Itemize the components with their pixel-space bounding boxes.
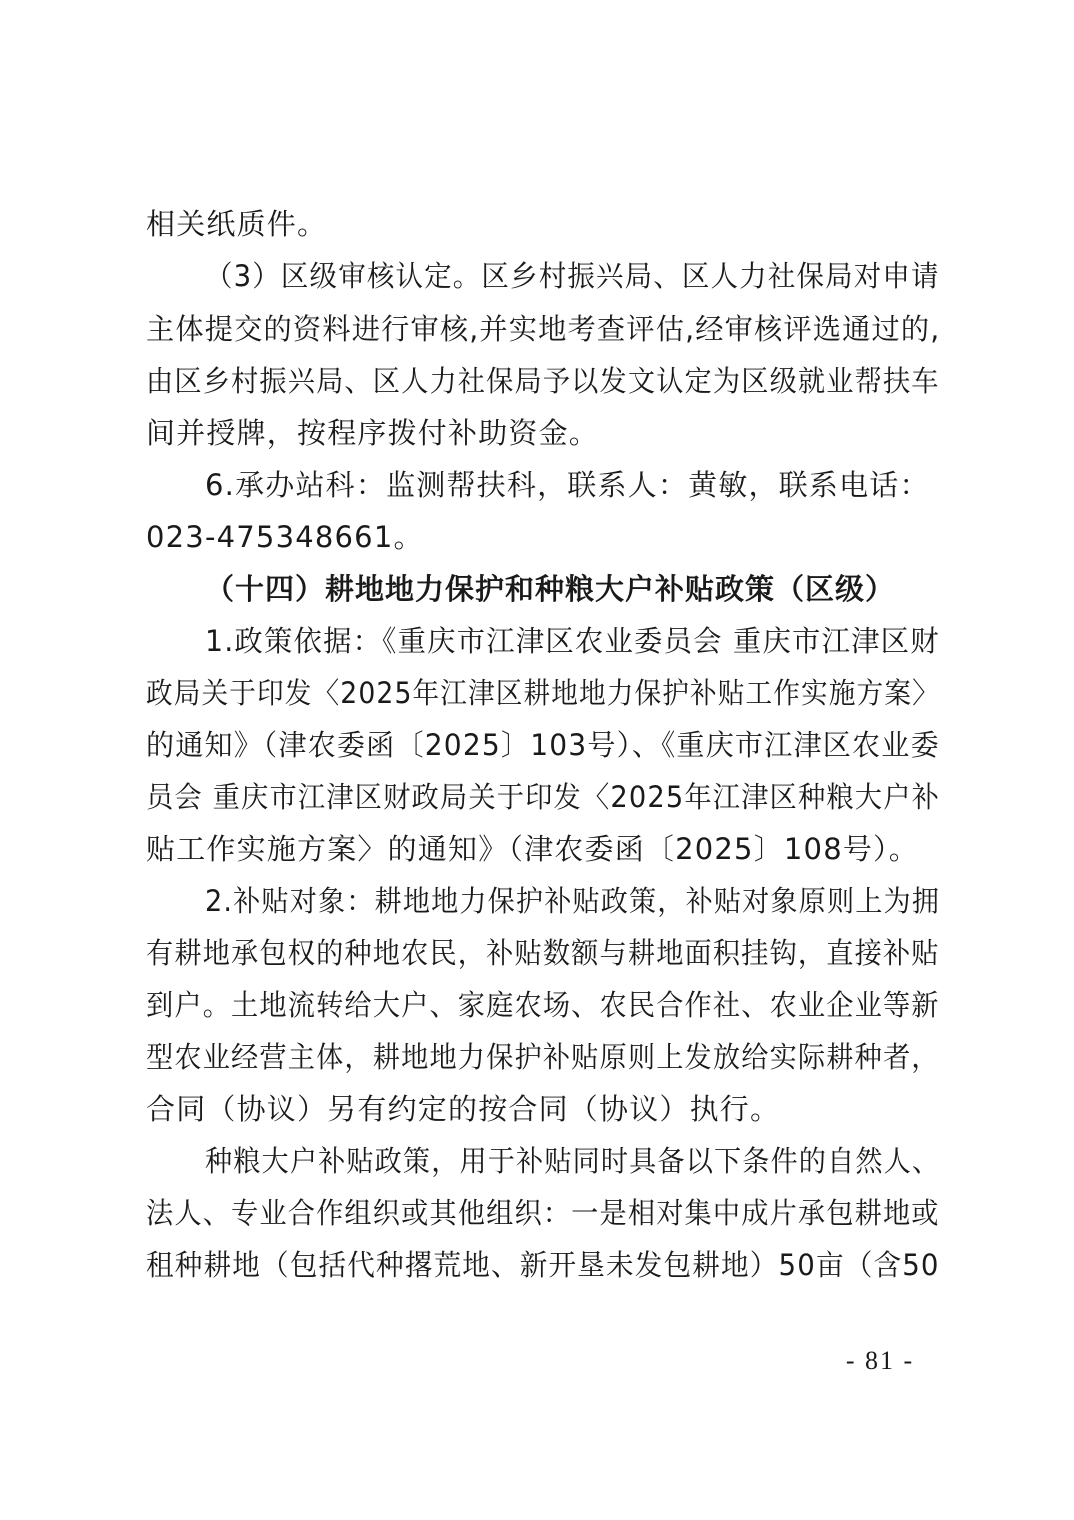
section-heading: （十四）耕地地力保护和种粮大户补贴政策（区级） — [205, 571, 940, 607]
text-line: 员会 重庆市江津区财政局关于印发〈2025年江津区种粮大户补 — [146, 779, 893, 815]
text-line: 法人、专业合作组织或其他组织：一是相对集中成片承包耕地或 — [146, 1195, 891, 1231]
text-line: 合同（协议）另有约定的按合同（协议）执行。 — [146, 1091, 940, 1127]
text-line: 的通知》（津农委函〔2025〕103号）、《重庆市江津区农业委 — [146, 727, 916, 763]
text-line: 主体提交的资料进行审核,并实地考查评估,经审核评选通过的, — [146, 311, 919, 347]
text-line: 相关纸质件。 — [146, 206, 940, 242]
text-line: 到户。土地流转给大户、家庭农场、农民合作社、农业企业等新 — [146, 987, 891, 1023]
text-line: 型农业经营主体，耕地地力保护补贴原则上发放给实际耕种者， — [146, 1039, 891, 1075]
text-line: 023-475348661。 — [146, 519, 940, 555]
text-line: 种粮大户补贴政策，用于补贴同时具备以下条件的自然人、 — [205, 1143, 893, 1179]
text-line: 政局关于印发〈2025年江津区耕地地力保护补贴工作实施方案〉 — [146, 675, 876, 711]
page-number: - 81 - — [830, 1346, 930, 1376]
text-line: 租种耕地（包括代种撂荒地、新开垦未发包耕地）50亩（含50 — [146, 1247, 902, 1283]
text-line: 由区乡村振兴局、区人力社保局予以发文认定为区级就业帮扶车 — [146, 363, 891, 399]
text-line: （3）区级审核认定。区乡村振兴局、区人力社保局对申请 — [205, 258, 902, 294]
text-line: 有耕地承包权的种地农民，补贴数额与耕地面积挂钩，直接补贴 — [146, 935, 891, 971]
text-line: 贴工作实施方案〉的通知》（津农委函〔2025〕108号）。 — [146, 831, 940, 867]
text-line: 1.政策依据：《重庆市江津区农业委员会 重庆市江津区财 — [205, 623, 924, 659]
text-line: 2.补贴对象：耕地地力保护补贴政策，补贴对象原则上为拥 — [205, 883, 893, 919]
text-line: 6.承办站科：监测帮扶科，联系人：黄敏，联系电话： — [205, 467, 940, 503]
text-line: 间并授牌，按程序拨付补助资金。 — [146, 415, 940, 451]
document-page: 相关纸质件。（3）区级审核认定。区乡村振兴局、区人力社保局对申请主体提交的资料进… — [0, 0, 1074, 1520]
